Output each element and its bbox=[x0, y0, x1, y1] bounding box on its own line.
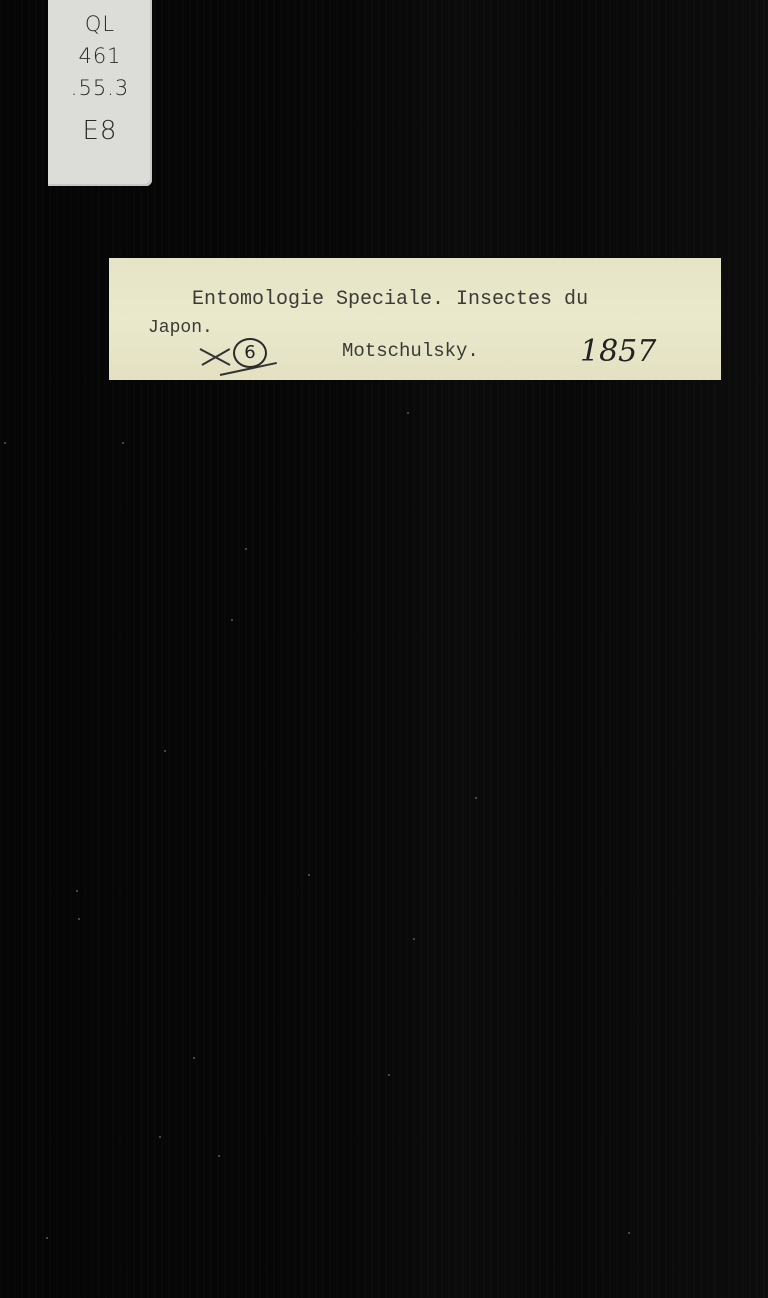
dust-speck bbox=[413, 938, 415, 940]
dust-speck bbox=[193, 1057, 195, 1059]
dust-speck bbox=[46, 1237, 48, 1239]
dust-speck bbox=[628, 1232, 630, 1234]
title-line-2: Japon. bbox=[148, 318, 213, 338]
dust-speck bbox=[308, 874, 310, 876]
call-number-line: .55.3 bbox=[48, 76, 152, 100]
publication-year: 1857 bbox=[580, 334, 656, 369]
call-number-line: 461 bbox=[48, 44, 152, 68]
dust-speck bbox=[78, 918, 80, 920]
dust-speck bbox=[76, 890, 78, 892]
volume-number-circle: 6 bbox=[233, 338, 267, 368]
call-number-line: E8 bbox=[48, 116, 152, 146]
dust-speck bbox=[159, 1136, 161, 1138]
author-name: Motschulsky. bbox=[342, 340, 479, 362]
dust-speck bbox=[245, 548, 247, 550]
dust-speck bbox=[231, 619, 233, 621]
call-number-label: QL 461 .55.3 E8 bbox=[48, 0, 152, 186]
title-line-1: Entomologie Speciale. Insectes du bbox=[192, 288, 588, 311]
dust-speck bbox=[4, 442, 6, 444]
dust-speck bbox=[388, 1074, 390, 1076]
dust-speck bbox=[407, 412, 409, 414]
book-cover bbox=[0, 0, 768, 1298]
call-number-line: QL bbox=[48, 12, 152, 36]
dust-speck bbox=[122, 442, 124, 444]
dust-speck bbox=[218, 1155, 220, 1157]
dust-speck bbox=[475, 797, 477, 799]
dust-speck bbox=[164, 750, 166, 752]
